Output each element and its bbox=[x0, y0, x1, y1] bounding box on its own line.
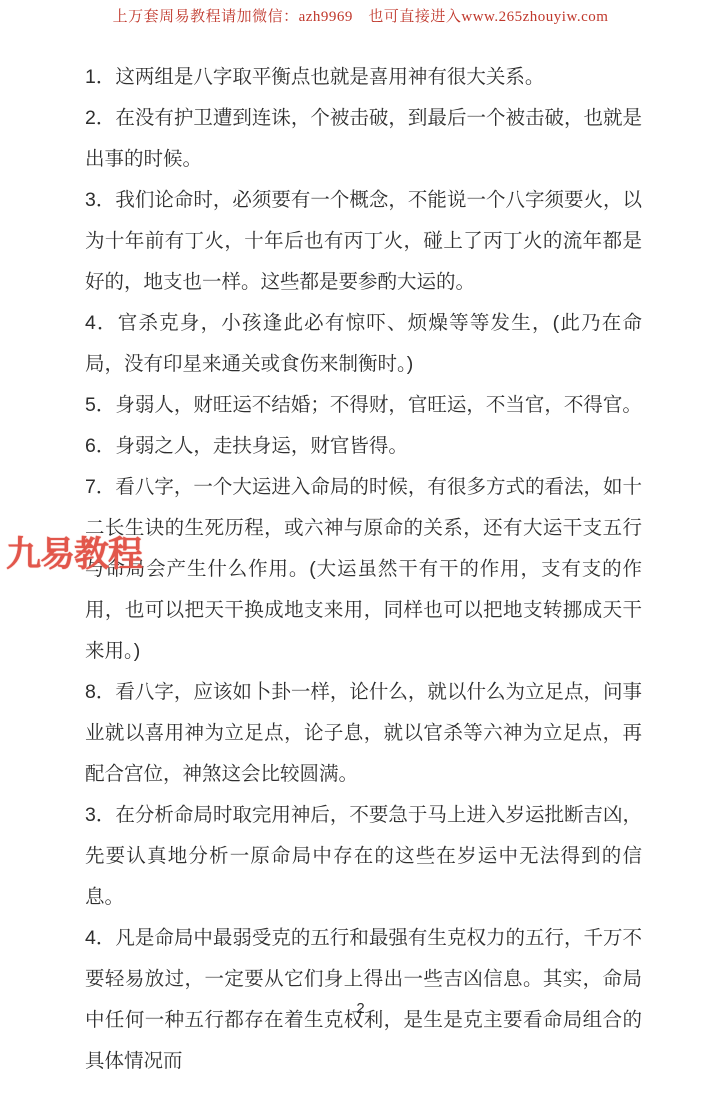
paragraph: 6．身弱之人，走扶身运，财官皆得。 bbox=[85, 426, 642, 467]
paragraph: 7．看八字，一个大运进入命局的时候，有很多方式的看法，如十二长生诀的生死历程，或… bbox=[85, 467, 642, 672]
paragraph: 5．身弱人，财旺运不结婚；不得财，官旺运，不当官，不得官。 bbox=[85, 385, 642, 426]
watermark-logo-text: 九易教程 bbox=[6, 527, 142, 577]
paragraph: 3．我们论命时，必须要有一个概念，不能说一个八字须要火，以为十年前有丁火，十年后… bbox=[85, 180, 642, 303]
document-page: 上万套周易教程请加微信：azh9969 也可直接进入www.265zhouyiw… bbox=[0, 0, 721, 1101]
paragraph: 3．在分析命局时取完用神后，不要急于马上进入岁运批断吉凶，先要认真地分析一原命局… bbox=[85, 795, 642, 918]
header-promo-text: 上万套周易教程请加微信：azh9969 也可直接进入www.265zhouyiw… bbox=[0, 5, 721, 26]
paragraph: 1．这两组是八字取平衡点也就是喜用神有很大关系。 bbox=[85, 57, 642, 98]
paragraph: 4．官杀克身，小孩逢此必有惊吓、烦燥等等发生，(此乃在命局，没有印星来通关或食伤… bbox=[85, 303, 642, 385]
paragraph: 2．在没有护卫遭到连诛，个被击破，到最后一个被击破，也就是出事的时候。 bbox=[85, 98, 642, 180]
document-body: 1．这两组是八字取平衡点也就是喜用神有很大关系。 2．在没有护卫遭到连诛，个被击… bbox=[85, 57, 642, 1082]
paragraph: 8．看八字，应该如卜卦一样，论什么，就以什么为立足点，问事业就以喜用神为立足点，… bbox=[85, 672, 642, 795]
page-number: 2 bbox=[0, 1000, 721, 1017]
